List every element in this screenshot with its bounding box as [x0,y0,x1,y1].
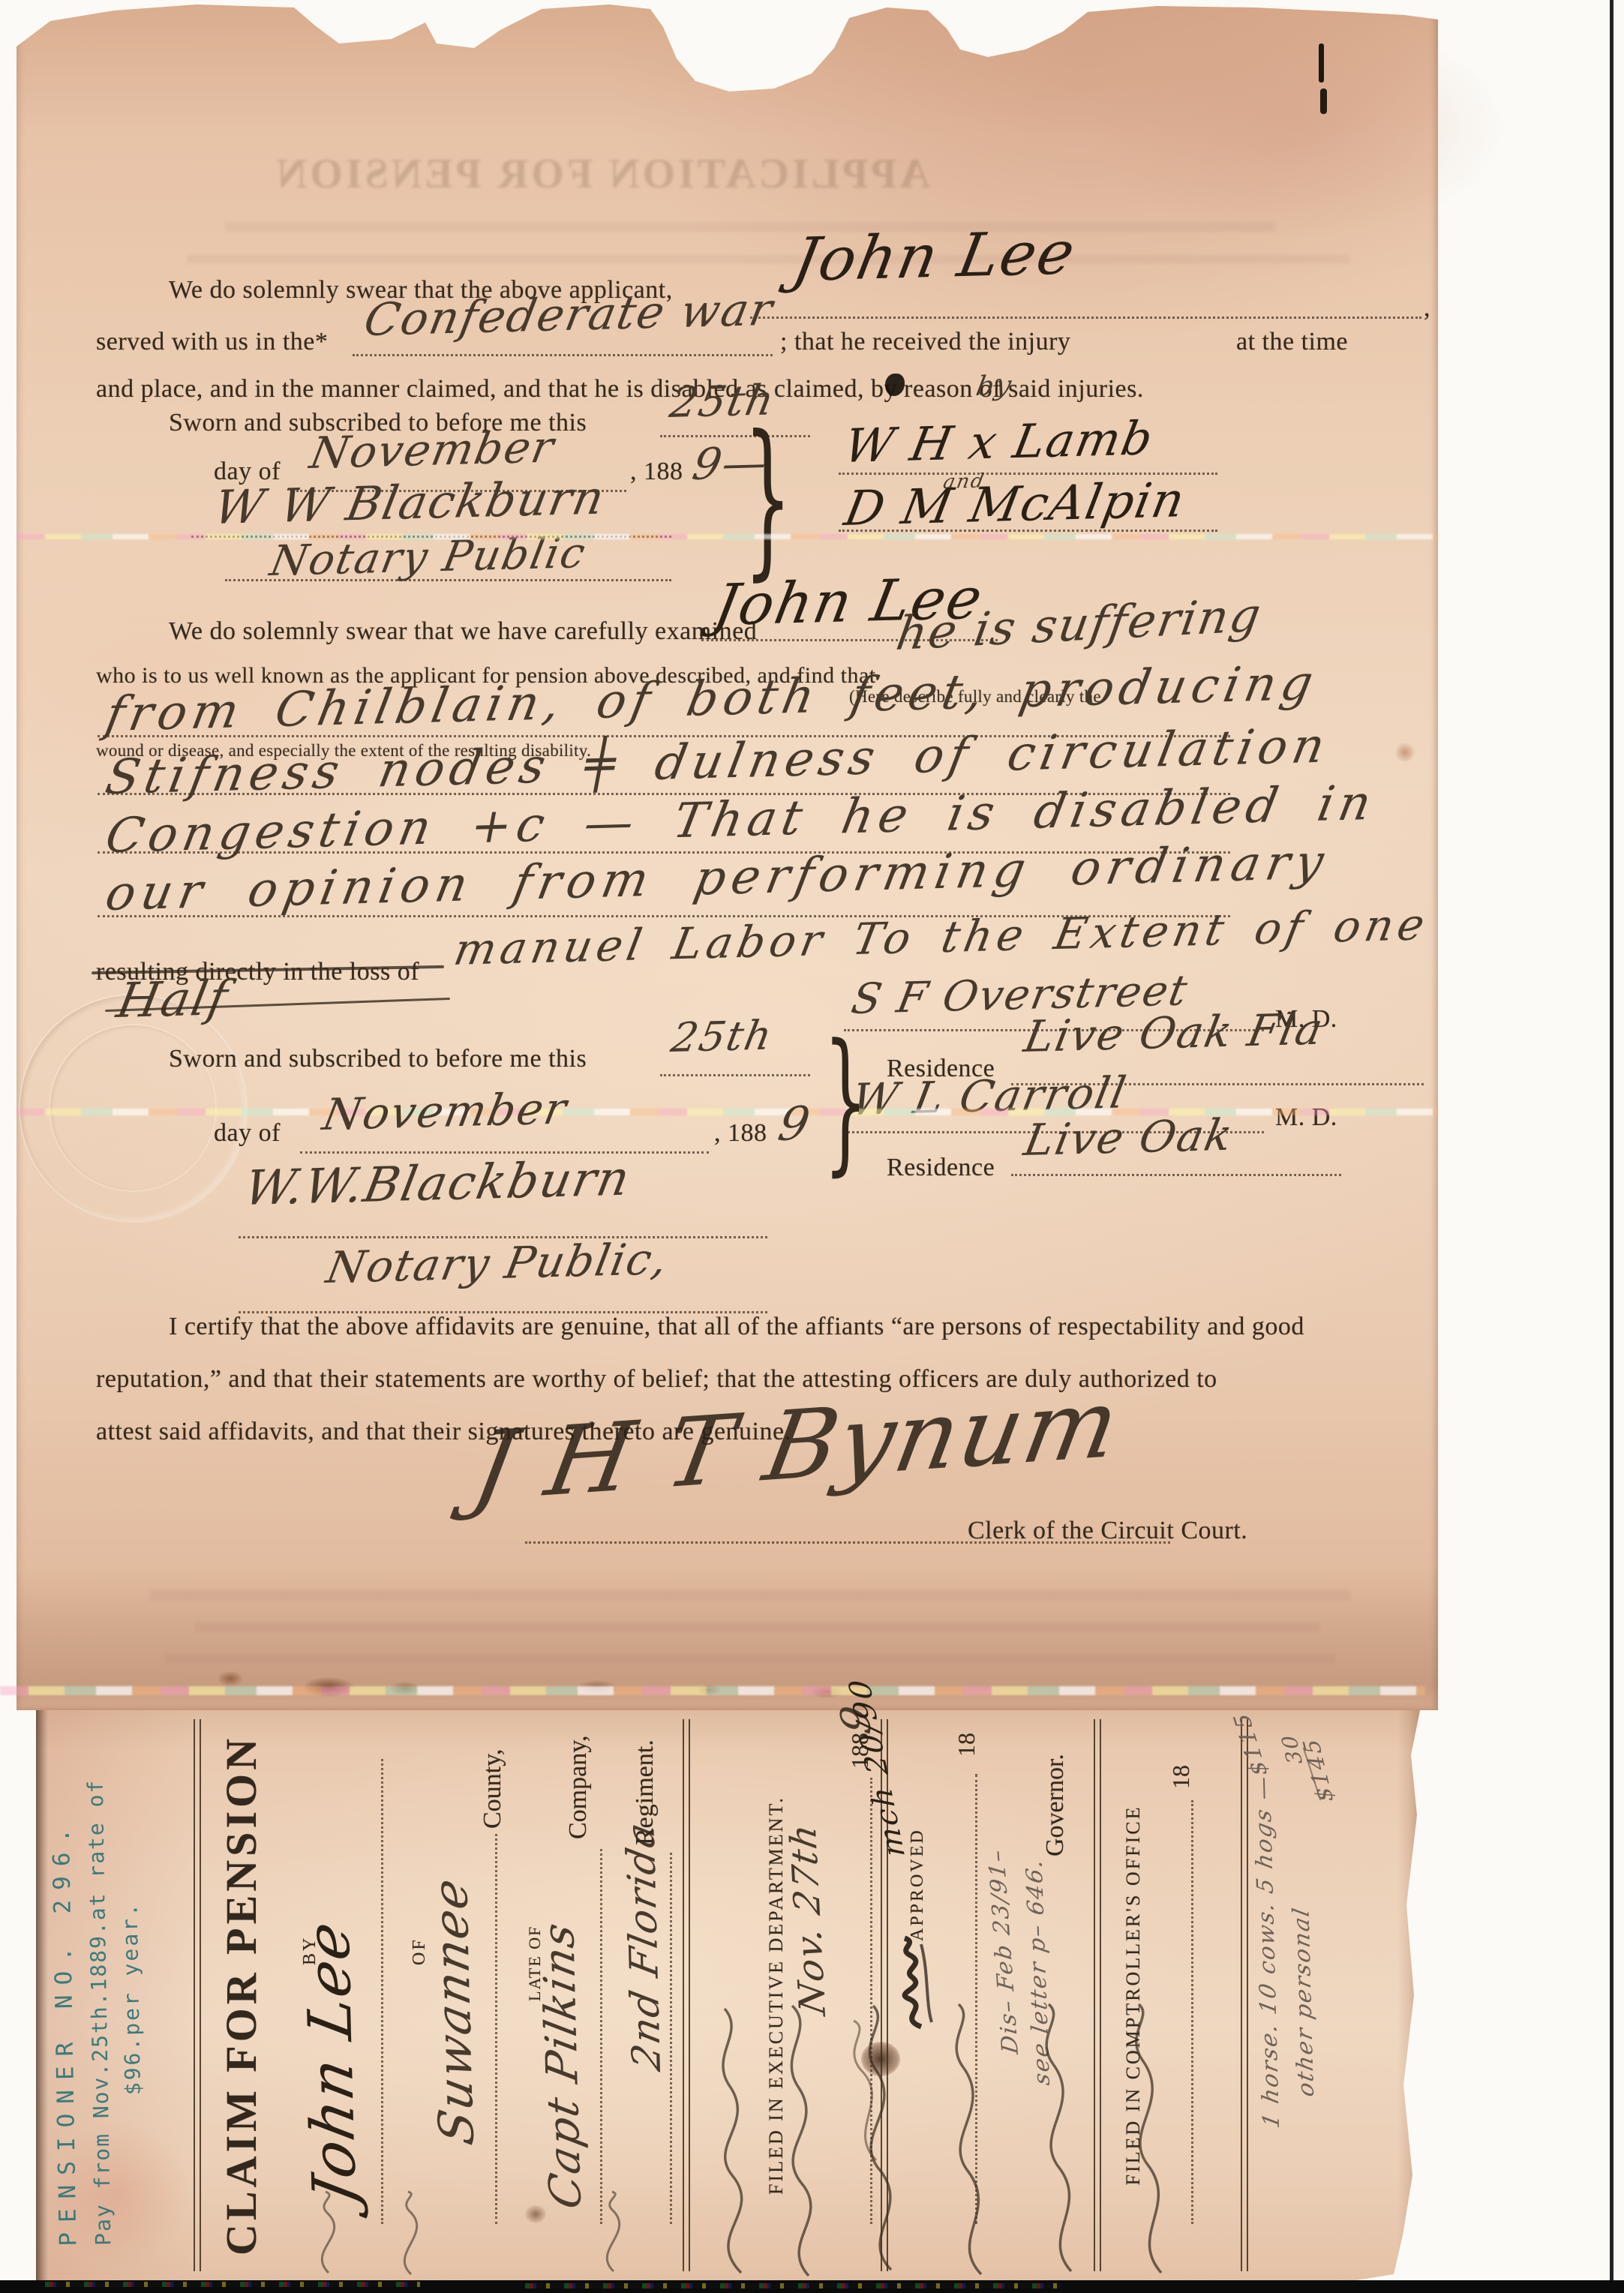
by-handwriting: by [974,371,1015,402]
claim-company-label: Company, [564,1735,593,1839]
certify-line1: I certify that the above affidavits are … [169,1313,1304,1341]
dotted-line [660,1074,810,1076]
scan-edge-line [1610,0,1613,2293]
clerk-title: Clerk of the Circuit Court. [968,1517,1247,1545]
dotted-line [353,354,773,356]
scan-glare-line [17,534,1438,539]
account-line-2: other personal [1288,1905,1319,2099]
notary2-signature: W.W.Blackburn [240,1151,635,1217]
affidavit1-line2-pre: served with us in the* [96,328,328,356]
claim-county-handwriting: Suwannee [423,1873,485,2149]
month2-handwriting: November [319,1083,572,1140]
affidavit1-line2-mid: ; that he received the injury [780,328,1070,356]
md1-residence-handwriting: Live Oak Fla [1020,1004,1328,1062]
scan-noise [45,2282,420,2287]
ink-scribble [816,2018,906,2168]
md2-label: M. D. [1275,1103,1337,1132]
claim-county-label: County, [479,1749,507,1829]
claim-regiment-label: Regiment. [631,1739,659,1845]
dotted-line [839,530,1217,532]
fold-glare-line [0,1686,1425,1695]
stain [218,1671,243,1686]
claim-regiment-handwriting: 2nd Florida [618,1818,670,2074]
account-total: $145 [1298,1736,1339,1802]
ink-scribble [696,2003,1221,2280]
sworn2-day-handwriting: 25th [668,1012,777,1061]
dotted-line [1011,1174,1341,1176]
account-value-1: $115 [1229,1710,1273,1778]
approved-year-print: 18 [953,1733,980,1757]
governor-label: Governor. [1041,1754,1070,1856]
dotted-line [670,1853,672,2224]
service-handwriting: Confederate war [360,284,778,347]
ink-dash-mark [1320,89,1327,114]
dotted-line [381,1759,383,2224]
stamp-line1: PENSIONER NO. 296. [47,1779,83,2246]
md2-residence-handwriting: Live Oak [1020,1109,1238,1166]
notary1-signature: W W Blackburn [210,470,610,535]
applicant-signature-line1: John Lee [788,218,1082,295]
claim-name-handwriting: John Lee [293,1915,370,2209]
dotted-line [750,317,1421,319]
sworn2-label: Sworn and subscribed to before me this [169,1045,587,1073]
dotted-line [600,1849,602,2224]
scan-noise [525,2283,1065,2288]
affidavit2-line1: We do solemnly swear that we have carefu… [169,617,757,646]
double-rule [194,1719,201,2271]
stamp-line2: Pay from Nov.25th.1889.at rate of [83,1778,116,2246]
residence2-label: Residence [887,1154,995,1182]
dotted-line [495,1834,497,2224]
ghost-line [165,1654,1335,1663]
approved-label: APPROVED [908,1828,928,1941]
claim-company-handwriting: Capt Pilkins [533,1918,591,2213]
filed-exec-date-handwriting: Nov. 27th [782,1820,834,2018]
affidavit1-line2-post: at the time [1236,328,1348,356]
claim-section-rotated: PENSIONER NO. 296. Pay from Nov.25th.188… [36,1710,1420,2280]
month1-handwriting: November [306,422,559,479]
claim-title: CLAIM FOR PENSION [216,1710,266,2280]
ghost-line [195,1622,1320,1631]
witness2-signature: D M McAlpin [840,473,1190,537]
ghost-line [225,222,1275,232]
dotted-line [225,579,671,581]
dotted-line [300,1151,709,1154]
ink-dash-mark [1319,44,1324,83]
stain [1088,15,1508,240]
witness1-signature: W H x Lamb [840,410,1158,473]
ghost-mirrored-title: APPLICATION FOR PENSION [323,150,930,198]
brace-bracket: } [824,1025,868,1178]
pension-stamp: PENSIONER NO. 296. Pay from Nov.25th.188… [47,1778,149,2246]
ink-scribble [299,2190,674,2280]
brace-bracket: } [743,414,791,583]
year1-print: , 188 [630,458,683,486]
ghost-line [188,255,1350,263]
ghost-line [150,1590,1350,1601]
findings-hw-6: Half [113,971,233,1029]
stamp-line3: $96.per year. [116,1778,146,2096]
account-line-1: 1 horse. 10 cows. 5 hogs — [1250,1773,1285,2130]
filed-comp-year-print: 18 [1167,1765,1195,1789]
stain [1395,743,1415,762]
double-rule [683,1719,690,2271]
dayof2-label: day of [214,1119,281,1148]
notary2-title-handwriting: Notary Public, [323,1233,673,1293]
year2-print: , 188 [714,1119,767,1148]
double-rule [1241,1719,1248,2271]
scanned-pension-document: APPLICATION FOR PENSION We do solemnly s… [0,0,1624,2293]
affidavit1-line1-comma: , [1424,294,1430,323]
